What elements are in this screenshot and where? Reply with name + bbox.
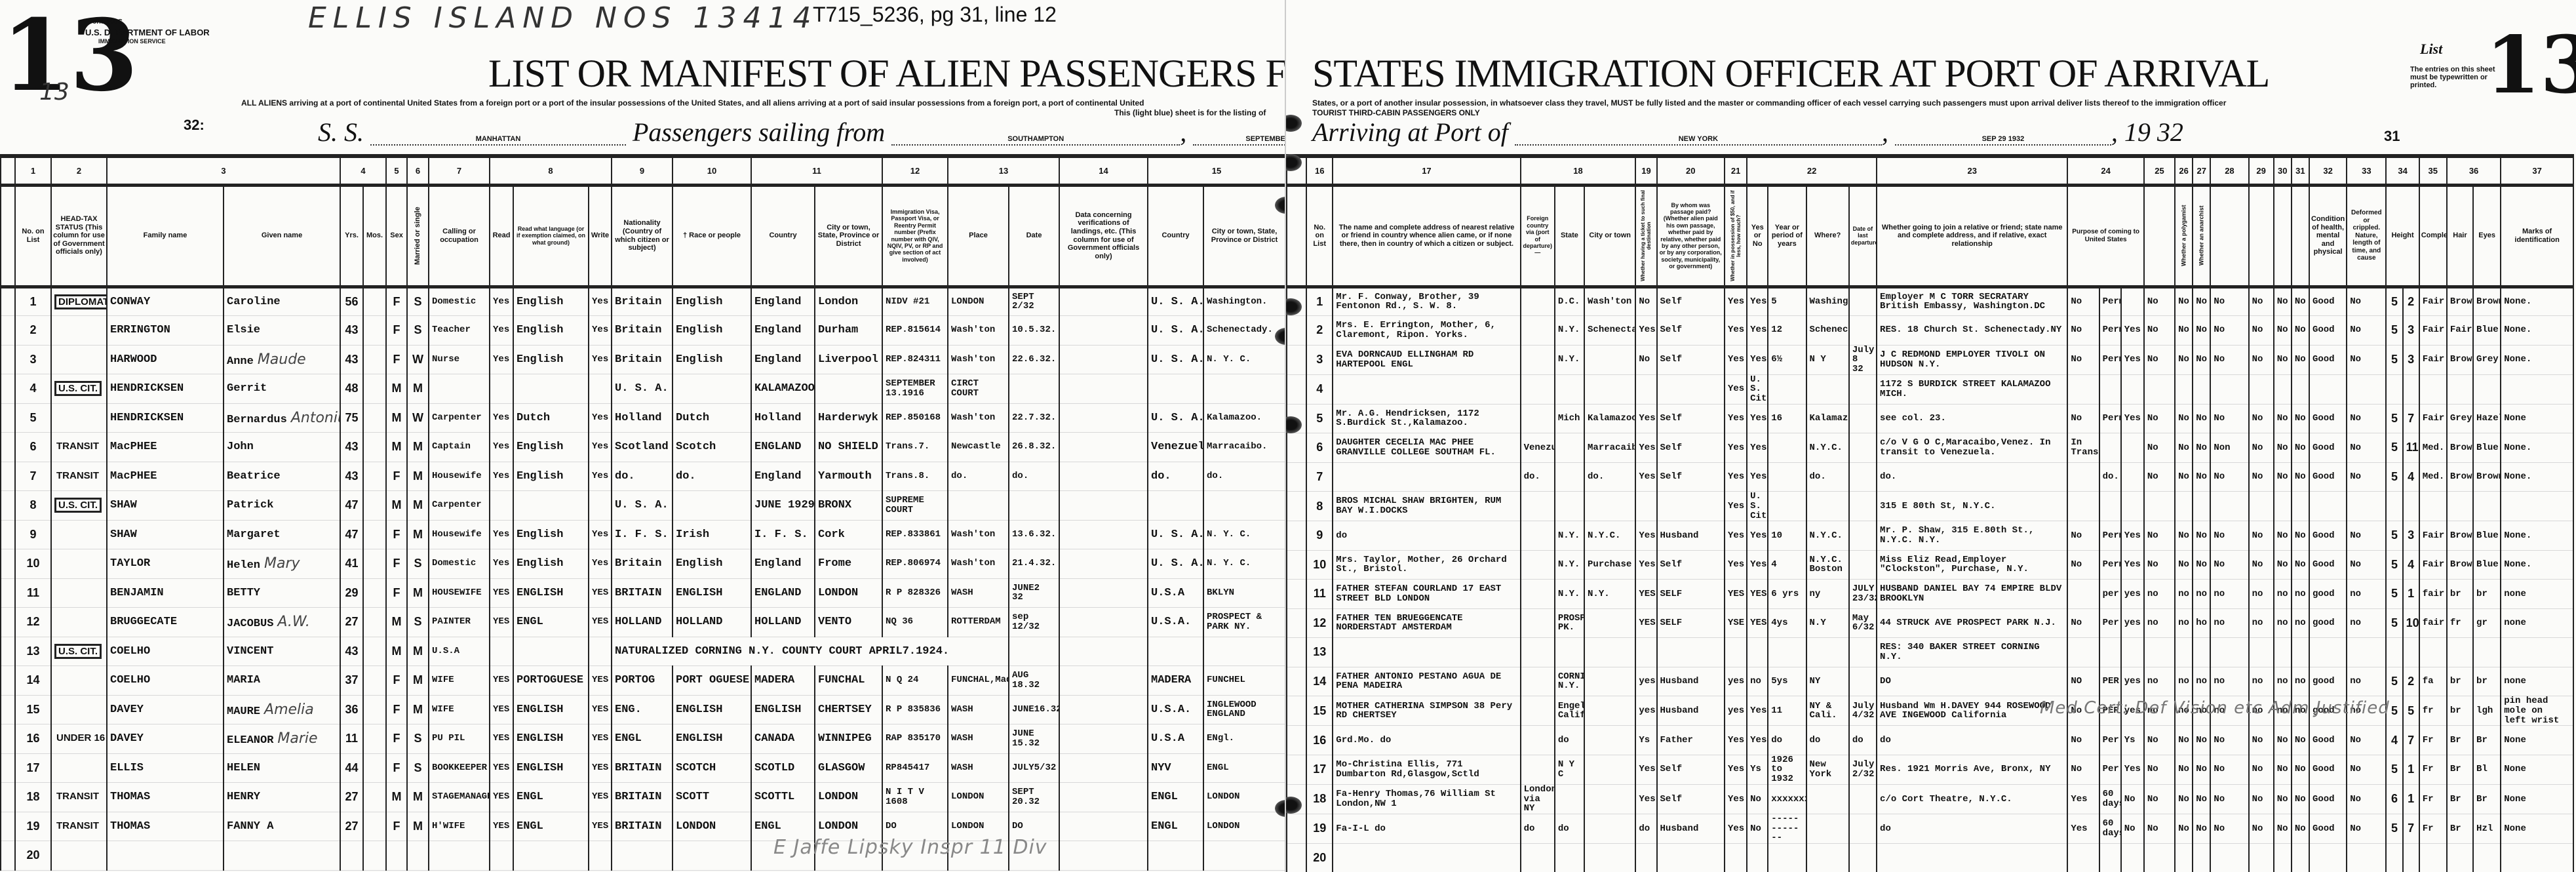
last-departure	[1849, 287, 1877, 316]
header-height: Height	[2386, 185, 2419, 287]
age-years: 43	[340, 345, 363, 374]
deformed: No	[2347, 433, 2386, 463]
can-write	[589, 841, 612, 871]
row-gutter	[1, 549, 15, 579]
period-of-years: 12	[1768, 316, 1806, 346]
residence-country	[1148, 374, 1203, 404]
marital-status: M	[407, 433, 429, 462]
previously-in-us: Yes	[1747, 404, 1768, 433]
can-write: Yes	[589, 316, 612, 346]
col-31: No	[2292, 521, 2309, 551]
height-inches: 5	[2403, 696, 2419, 726]
age-months	[363, 695, 386, 724]
race: PORT OGUESE	[673, 666, 751, 696]
passage-paid-by: Self	[1657, 755, 1725, 784]
header-calling: Calling or occupation	[429, 185, 490, 287]
destination-state	[1555, 462, 1584, 492]
given-name: John	[224, 433, 340, 462]
marks-of-identification: none	[2501, 580, 2573, 609]
issued-date	[1009, 374, 1059, 404]
has-50-dollars: Yes	[1725, 492, 1747, 521]
marks-of-identification: none	[2501, 608, 2573, 638]
col-31: No	[2292, 433, 2309, 463]
row-gutter	[1, 724, 15, 754]
passenger-rows-left: 1DIPLOMATCONWAYCaroline56FSDomesticYesEn…	[1, 287, 1285, 870]
given-name-text: Bernardus	[227, 414, 287, 426]
row-gutter	[1, 491, 15, 521]
handwritten-correction: Marie	[277, 730, 317, 747]
col-31: no	[2292, 580, 2309, 609]
deformed: No	[2347, 287, 2386, 316]
joining-relative: c/o V G O C,Maracaibo,Venez. In transit …	[1877, 433, 2067, 463]
has-50-dollars: Yes	[1725, 345, 1747, 374]
deformed: No	[2347, 550, 2386, 580]
verification	[1059, 287, 1148, 316]
has-50-dollars: Yes	[1725, 521, 1747, 551]
can-write: Yes	[589, 403, 612, 433]
foreign-country	[1521, 667, 1555, 696]
verification	[1059, 724, 1148, 754]
table-row: 13RES: 340 BAKER STREET CORNING N.Y.	[1287, 638, 2573, 667]
last-departure: JULY 23/32	[1849, 580, 1877, 609]
previously-in-us: U. S. Citizen.	[1747, 374, 1768, 404]
sex: F	[386, 695, 407, 724]
period-of-years: xxxxxxxxxxxx	[1768, 784, 1806, 814]
health	[2309, 843, 2347, 872]
visa-number: R P 835836	[882, 695, 948, 724]
destination-state: N.Y.	[1555, 345, 1584, 374]
health: Good	[2309, 287, 2347, 316]
verification	[1059, 812, 1148, 841]
read-language: ENGL	[513, 812, 589, 841]
can-read: YES	[490, 812, 513, 841]
col-num-32: 32	[2309, 156, 2347, 185]
given-name-text: Margaret	[227, 528, 281, 541]
deformed: No	[2347, 404, 2386, 433]
read-language: English	[513, 549, 589, 579]
col-num-2: 2	[51, 156, 107, 185]
verification	[1059, 316, 1148, 346]
visa-number: Trans.7.	[882, 433, 948, 462]
occupation: Nurse	[429, 345, 490, 374]
table-row: 1Mr. F. Conway, Brother, 39 Fentonon Rd.…	[1287, 287, 2573, 316]
passage-paid-by: Self	[1657, 345, 1725, 374]
header-age-mos: Mos.	[363, 185, 386, 287]
anarchist: No	[2193, 755, 2210, 784]
destination-city	[1584, 784, 1635, 814]
sex: F	[386, 724, 407, 754]
residence-city: Kalamazoo.	[1203, 403, 1285, 433]
col-31: No	[2292, 550, 2309, 580]
row-number: 10	[1306, 550, 1333, 580]
birth-country: ENGLAND	[751, 433, 815, 462]
column-header-row: No. on List HEAD-TAX STATUS (This column…	[1, 185, 1285, 287]
purpose-3: yes	[2121, 608, 2144, 638]
complexion: Med.	[2419, 433, 2447, 463]
eye-color	[2473, 843, 2501, 872]
header-period: Year or period of years	[1768, 185, 1806, 287]
col-29: no	[2249, 580, 2274, 609]
col-30	[2274, 843, 2292, 872]
purpose-1: No	[2067, 345, 2099, 374]
age-months	[363, 549, 386, 579]
col-28: No	[2210, 345, 2248, 374]
row-gutter	[1287, 755, 1306, 784]
head-tax-stamp: U.S. CIT.	[54, 381, 102, 396]
purpose-1: No	[2067, 726, 2099, 755]
given-name: AnneMaude	[224, 345, 340, 374]
column-number-row: 1 2 3 4 5 6 7 8 9 10 11 12 13 14 15	[1, 156, 1285, 185]
issued-date: 26.8.32.	[1009, 433, 1059, 462]
destination-city	[1584, 492, 1635, 521]
foreign-country	[1521, 404, 1555, 433]
row-gutter	[1287, 433, 1306, 463]
height-feet: 5	[2386, 462, 2402, 492]
marital-status: M	[407, 374, 429, 404]
has-50-dollars: Yes	[1725, 374, 1747, 404]
eye-color: lgh	[2473, 696, 2501, 726]
birth-city: NO SHIELD	[815, 433, 882, 462]
hair-color: br	[2447, 580, 2473, 609]
residence-city: N. Y. C.	[1203, 549, 1285, 579]
row-gutter	[1287, 492, 1306, 521]
has-ticket: Yes	[1635, 316, 1656, 346]
previously-in-us: Ys	[1747, 755, 1768, 784]
can-write: YES	[589, 608, 612, 637]
height-inches	[2403, 843, 2419, 872]
destination-city: N.Y.C.	[1584, 521, 1635, 551]
given-name: ELEANORMarie	[224, 724, 340, 754]
header-polygamist: Whether a polygamist	[2175, 185, 2193, 287]
polygamist: No	[2175, 287, 2193, 316]
head-tax-cell: TRANSIT	[51, 433, 107, 462]
complexion: fair	[2419, 608, 2447, 638]
col-31: no	[2292, 667, 2309, 696]
read-language	[513, 374, 589, 404]
height-feet: 5	[2386, 755, 2402, 784]
medical-note: Med Cert: Def Vision etc Adm Justified	[2040, 698, 2390, 718]
header-c25	[2144, 185, 2175, 287]
column-header-row-right: No. on List The name and complete addres…	[1287, 185, 2573, 287]
col-29: no	[2249, 608, 2274, 638]
residence-city: BKLYN	[1203, 578, 1285, 608]
head-tax-cell: DIPLOMAT	[51, 287, 107, 316]
col-num-34: 34	[2386, 156, 2419, 185]
last-departure: July 4/32	[1849, 696, 1877, 726]
complexion: Fr	[2419, 726, 2447, 755]
nationality: U. S. A.	[612, 491, 673, 521]
empty-cell	[1203, 637, 1285, 666]
height-inches: 2	[2403, 667, 2419, 696]
head-tax-cell: TRANSIT	[51, 783, 107, 812]
given-name-text: Helen	[227, 559, 260, 572]
nationality: BRITAIN	[612, 578, 673, 608]
birth-country: SCOTTL	[751, 783, 815, 812]
col-28: No	[2210, 404, 2248, 433]
health: Good	[2309, 726, 2347, 755]
col-num-17: 17	[1333, 156, 1520, 185]
birth-country: HOLLAND	[751, 608, 815, 637]
can-read: Yes	[490, 462, 513, 491]
complexion: Med.	[2419, 462, 2447, 492]
ship-name: MANHATTAN	[370, 135, 626, 146]
deformed: No	[2347, 814, 2386, 843]
col-num-7: 7	[429, 156, 490, 185]
can-write	[589, 637, 612, 666]
marks-of-identification: None.	[2501, 316, 2573, 346]
last-departure	[1849, 462, 1877, 492]
can-read	[490, 841, 513, 871]
ship-prefix: S. S.	[318, 117, 364, 147]
col-30: no	[2274, 608, 2292, 638]
purpose-1: No	[2067, 608, 2099, 638]
issued-date: SEPT 2/32	[1009, 287, 1059, 316]
nationality: Holland	[612, 403, 673, 433]
given-name-text: Gerrit	[227, 382, 267, 395]
col-28: no	[2210, 667, 2248, 696]
department-label: U.S. DEPARTMENT OF LABOR	[85, 28, 210, 38]
issued-place: CIRCT COURT	[948, 374, 1009, 404]
issued-date: JUNE2 32	[1009, 578, 1059, 608]
height-inches: 3	[2403, 521, 2419, 551]
row-number: 16	[1306, 726, 1333, 755]
header-married: Married or single	[407, 185, 429, 287]
occupation: Housewife	[429, 520, 490, 549]
last-departure	[1849, 521, 1877, 551]
eye-color: Hazel	[2473, 404, 2501, 433]
col-num-33: 33	[2347, 156, 2386, 185]
race: SCOTT	[673, 783, 751, 812]
height-feet: 5	[2386, 287, 2402, 316]
sex: M	[386, 491, 407, 521]
residence-city: N. Y. C.	[1203, 520, 1285, 549]
purpose-1	[2067, 843, 2099, 872]
purpose-2: 60 days	[2099, 814, 2121, 843]
col-30	[2274, 492, 2292, 521]
given-name: Gerrit	[224, 374, 340, 404]
row-number: 4	[15, 374, 51, 404]
issued-place	[948, 491, 1009, 521]
header-ticket: Whether having a ticket to such final de…	[1635, 185, 1656, 287]
handwritten-correction: Maude	[258, 351, 306, 368]
age-years: 43	[340, 433, 363, 462]
eye-color: Br	[2473, 784, 2501, 814]
age-months	[363, 841, 386, 871]
issued-place: Wash'ton	[948, 549, 1009, 579]
row-gutter	[1287, 843, 1306, 872]
foreign-country: do	[1521, 814, 1555, 843]
nationality: NATURALIZED CORNING N.Y. COUNTY COURT AP…	[612, 637, 1009, 666]
anarchist: No	[2193, 814, 2210, 843]
col-30: No	[2274, 550, 2292, 580]
head-tax-cell: U.S. CIT.	[51, 491, 107, 521]
head-tax-cell	[51, 695, 107, 724]
has-ticket: Yes	[1635, 550, 1656, 580]
col-25: no	[2144, 608, 2175, 638]
age-years: 27	[340, 783, 363, 812]
table-row: 10TAYLORHelenMary41FSDomesticYesEnglishY…	[1, 549, 1285, 579]
col-num-22: 22	[1747, 156, 1877, 185]
age-months	[363, 462, 386, 491]
col-25	[2144, 843, 2175, 872]
destination-state: PROSPECT PK.	[1555, 608, 1584, 638]
foreign-country	[1521, 550, 1555, 580]
deformed: No	[2347, 726, 2386, 755]
residence-city	[1203, 374, 1285, 404]
where-previously: N.Y.C.	[1806, 521, 1849, 551]
col-num-8: 8	[490, 156, 612, 185]
anarchist: No	[2193, 433, 2210, 463]
row-number: 9	[1306, 521, 1333, 551]
birth-country: ENGLAND	[751, 578, 815, 608]
joining-relative: 44 STRUCK AVE PROSPECT PARK N.J.	[1877, 608, 2067, 638]
purpose-2	[2099, 638, 2121, 667]
health: Good	[2309, 521, 2347, 551]
nationality: BRITAIN	[612, 753, 673, 783]
given-name: Margaret	[224, 520, 340, 549]
can-write: YES	[589, 753, 612, 783]
purpose-1: No	[2067, 287, 2099, 316]
has-ticket: Yes	[1635, 755, 1656, 784]
row-number: 19	[15, 812, 51, 841]
row-number: 16	[15, 724, 51, 754]
header-c28	[2210, 185, 2248, 287]
header-last-departure: Date of last departure	[1849, 185, 1877, 287]
residence-country: U.S.A	[1148, 724, 1203, 754]
header-where: Where?	[1806, 185, 1849, 287]
handwritten-header: ELLIS ISLAND NOS 13414	[308, 1, 817, 35]
row-number: 14	[1306, 667, 1333, 696]
where-previously	[1806, 784, 1849, 814]
marks-of-identification	[2501, 374, 2573, 404]
purpose-3: yes	[2121, 580, 2144, 609]
health: Good	[2309, 755, 2347, 784]
hair-color: Brown	[2447, 550, 2473, 580]
residence-city	[1203, 841, 1285, 871]
can-read: Yes	[490, 433, 513, 462]
row-number: 8	[15, 491, 51, 521]
occupation: PU PIL	[429, 724, 490, 754]
col-num-3: 3	[107, 156, 340, 185]
given-name-text: JACOBUS	[227, 618, 273, 630]
birth-country: JUNE 1929	[751, 491, 815, 521]
table-row: 20	[1287, 843, 2573, 872]
row-number: 1	[1306, 287, 1333, 316]
header-eyes: Eyes	[2473, 185, 2501, 287]
col-num-9: 9	[612, 156, 673, 185]
visa-number: N I T V 1608	[882, 783, 948, 812]
table-row: 20	[1, 841, 1285, 871]
head-tax-stamp: TRANSIT	[54, 470, 101, 481]
col-30	[2274, 374, 2292, 404]
header-res-country: Country	[1148, 185, 1203, 287]
passenger-rows-right: 1Mr. F. Conway, Brother, 39 Fentonon Rd.…	[1287, 287, 2573, 872]
purpose-2: per	[2099, 580, 2121, 609]
nationality: Britain	[612, 549, 673, 579]
health	[2309, 374, 2347, 404]
row-number: 9	[15, 520, 51, 549]
marital-status: W	[407, 403, 429, 433]
nationality: Britain	[612, 316, 673, 346]
sex: M	[386, 637, 407, 666]
anarchist	[2193, 374, 2210, 404]
sex: F	[386, 578, 407, 608]
row-gutter	[1, 462, 15, 491]
residence-country: ENGL	[1148, 812, 1203, 841]
destination-state: Mich	[1555, 404, 1584, 433]
purpose-2	[2099, 433, 2121, 463]
birth-city	[815, 374, 882, 404]
col-num-5: 5	[386, 156, 407, 185]
nearest-relative	[1333, 638, 1520, 667]
row-number: 2	[15, 316, 51, 346]
read-language	[513, 491, 589, 521]
header-no-on-list-right: No. on List	[1306, 185, 1333, 287]
passage-paid-by: Self	[1657, 784, 1725, 814]
marital-status: S	[407, 287, 429, 316]
given-name-text: HELEN	[227, 762, 260, 774]
row-gutter	[1287, 521, 1306, 551]
deformed: No	[2347, 521, 2386, 551]
head-tax-stamp: TRANSIT	[54, 441, 101, 452]
passage-paid-by: Husband	[1657, 521, 1725, 551]
row-number: 13	[1306, 638, 1333, 667]
polygamist: no	[2175, 667, 2193, 696]
health: Good	[2309, 316, 2347, 346]
birth-city: Durham	[815, 316, 882, 346]
col-30: no	[2274, 580, 2292, 609]
age-years: 43	[340, 637, 363, 666]
has-50-dollars: Yes	[1725, 726, 1747, 755]
residence-country	[1148, 491, 1203, 521]
polygamist: No	[2175, 550, 2193, 580]
col-num-25: 25	[2144, 156, 2175, 185]
header-passage-paid: By whom was passage paid? (Whether alien…	[1657, 185, 1725, 287]
can-write: Yes	[589, 462, 612, 491]
occupation: Domestic	[429, 549, 490, 579]
read-language: English	[513, 316, 589, 346]
last-departure: July 2/32	[1849, 755, 1877, 784]
deformed	[2347, 492, 2386, 521]
table-row: 2ERRINGTONElsie43FSTeacherYesEnglishYesB…	[1, 316, 1285, 346]
has-ticket: No	[1635, 345, 1656, 374]
residence-city: ENgl.	[1203, 724, 1285, 754]
joining-relative: RES: 340 BAKER STREET CORNING N.Y.	[1877, 638, 2067, 667]
destination-city	[1584, 843, 1635, 872]
row-number: 20	[1306, 843, 1333, 872]
row-gutter	[1, 433, 15, 462]
manifest-right-page: STATES IMMIGRATION OFFICER AT PORT OF AR…	[1285, 0, 2576, 872]
hair-color: br	[2447, 667, 2473, 696]
purpose-1: No	[2067, 550, 2099, 580]
residence-country: U.S.A.	[1148, 608, 1203, 637]
col-num-16: 16	[1306, 156, 1333, 185]
health: Good	[2309, 404, 2347, 433]
family-name: SHAW	[107, 491, 224, 521]
empty-cell	[1148, 637, 1203, 666]
sex: F	[386, 753, 407, 783]
nearest-relative: DAUGHTER CECELIA MAC PHEE GRANVILLE COLL…	[1333, 433, 1520, 463]
where-previously: Kalamazoo	[1806, 404, 1849, 433]
header-yes-no: Yes or No	[1747, 185, 1768, 287]
verification	[1059, 462, 1148, 491]
previously-in-us: No	[1747, 784, 1768, 814]
family-name: DAVEY	[107, 695, 224, 724]
can-read	[490, 637, 513, 666]
height-feet: 5	[2386, 814, 2402, 843]
marital-status: M	[407, 491, 429, 521]
where-previously: do	[1806, 726, 1849, 755]
